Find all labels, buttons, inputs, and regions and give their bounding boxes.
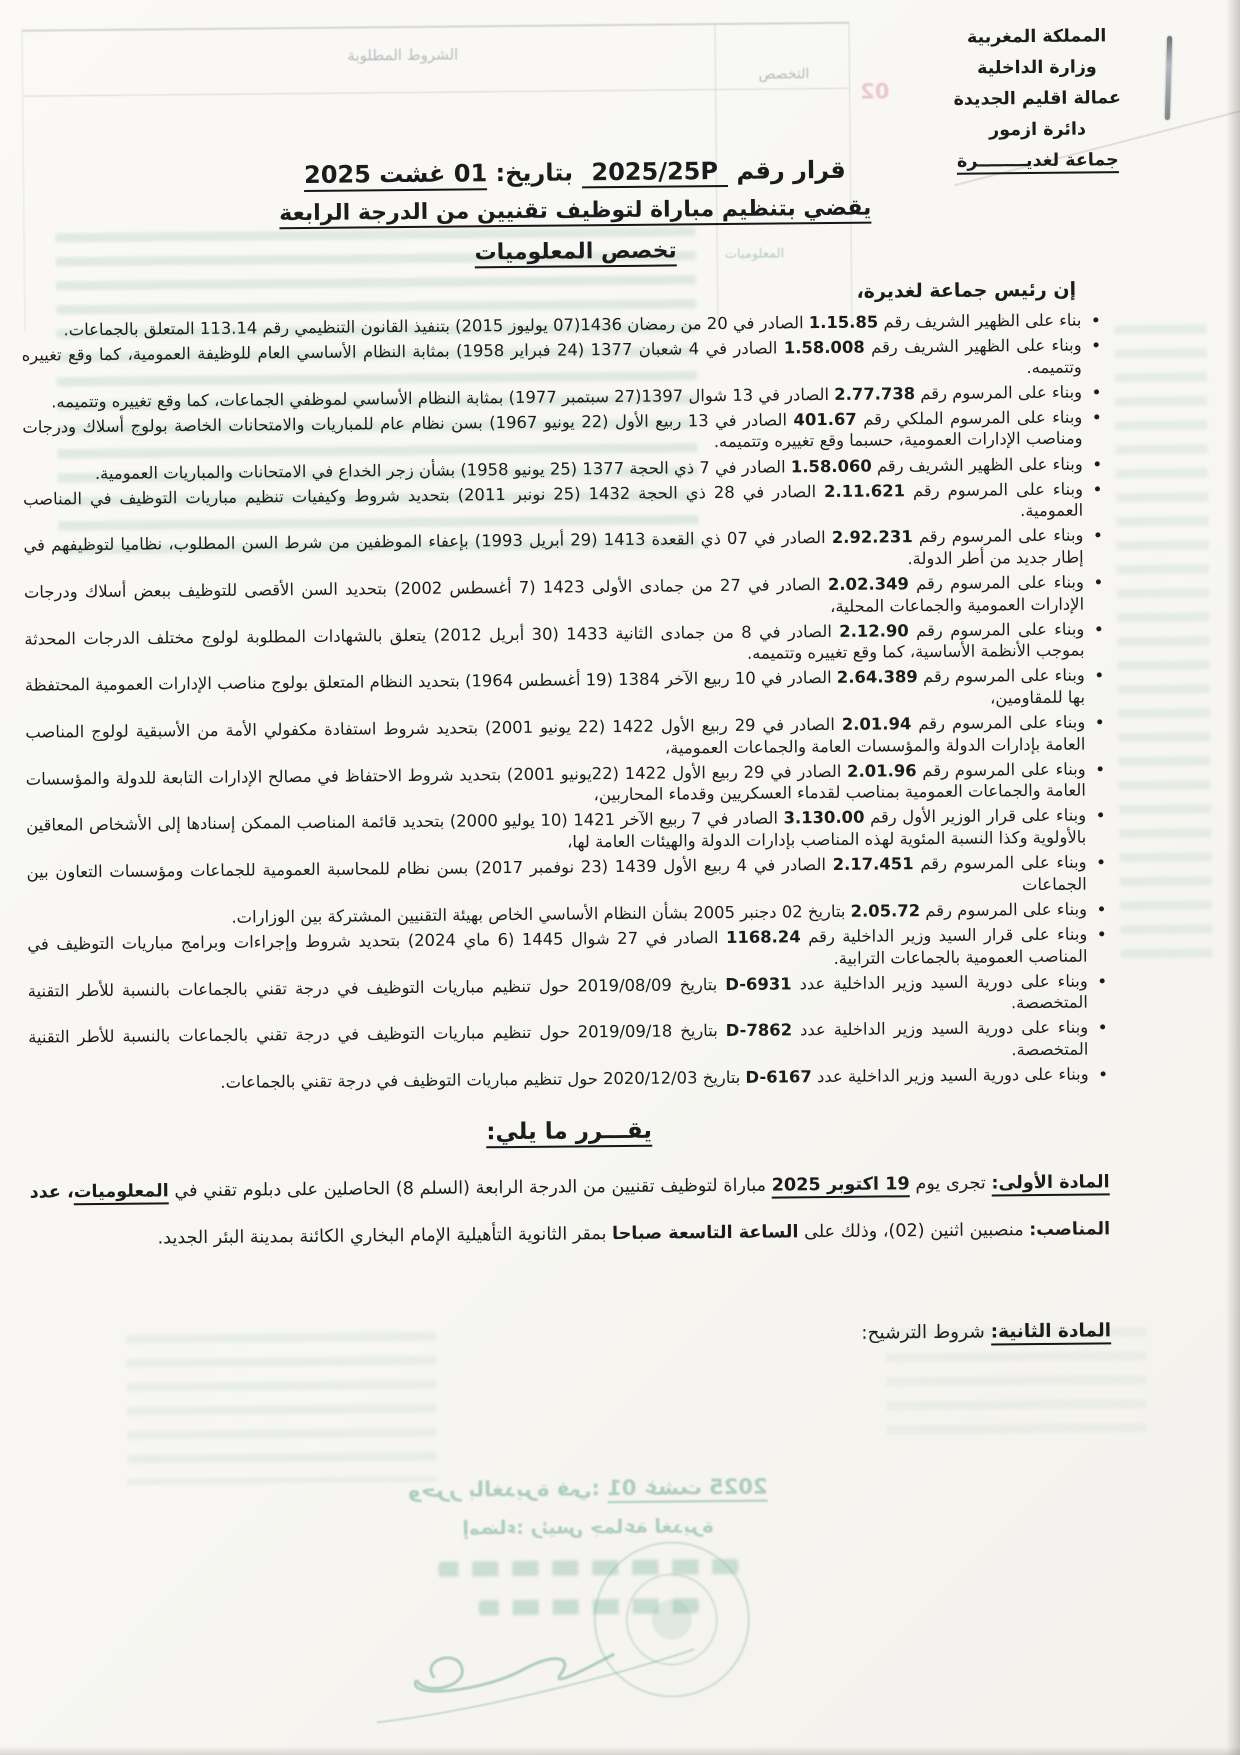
legal-text: الصادر في 13 شوال 1397(27 سبتمبر 1977) ب…	[51, 385, 834, 412]
article-1-text: بمقر الثانوية التأهيلية الإمام البخاري ا…	[157, 1224, 612, 1248]
decree-number: 2025/25P	[581, 157, 728, 188]
decree-title: قرار رقم 2025/25P بتاريخ: 01 غشت 2025 يق…	[253, 155, 898, 267]
decree-body: إن رئيس جماعة لغديرة، بناء على الظهير ال…	[21, 278, 1111, 1364]
letterhead-kingdom: المملكة المغربية	[869, 20, 1203, 54]
decree-ref-number: 2.01.94	[842, 714, 912, 734]
decree-ref-number: 2.12.90	[839, 621, 909, 641]
bleedthrough-signature-squiggle	[364, 1597, 715, 1740]
legal-text: بتاريخ 2020/12/03 حول تنظيم مباريات التو…	[220, 1068, 745, 1092]
exam-time: الساعة التاسعة صباحا	[612, 1222, 799, 1244]
bleedthrough-signature-caption: إمضاء: رئيس جماعة لغديرة	[303, 1514, 873, 1541]
legal-text: وبناء على دورية السيد وزير الداخلية عدد	[792, 1018, 1088, 1040]
legal-text: بتاريخ 02 دجنبر 2005 بشأن النظام الأساسي…	[231, 902, 850, 927]
legal-basis-item: وبناء على دورية السيد وزير الداخلية عدد …	[28, 1017, 1088, 1070]
legal-basis-item: وبناء على المرسوم رقم 2.92.231 الصادر في…	[23, 525, 1083, 578]
decree-number-label: قرار رقم	[728, 156, 846, 185]
legal-text: الصادر في 7 ذي الحجة 1377 (25 يونيو 1958…	[95, 457, 791, 483]
decree-ref-number: D-6931	[725, 974, 792, 994]
legal-basis-item: وبناء على المرسوم رقم 2.11.621 الصادر في…	[23, 478, 1083, 531]
legal-text: وبناء على المرسوم رقم	[909, 619, 1085, 640]
scan-bottom-edge-shadow	[0, 1746, 1240, 1755]
letterhead: المملكة المغربية وزارة الداخلية عمالة اق…	[869, 20, 1204, 178]
bleedthrough-issued-line: وحرر بالغديرة في: 01 غشت 2025	[302, 1474, 872, 1503]
legal-text: وبناء على المرسوم رقم	[905, 479, 1083, 500]
decree-ref-number: 1.15.85	[809, 313, 879, 333]
letterhead-province: عمالة اقليم الجديدة	[870, 82, 1204, 116]
decision-heading: يقـــرر ما يلي:	[29, 1113, 1109, 1149]
article-1-text: تجرى يوم	[910, 1173, 992, 1194]
specialty: المعلوميات	[74, 1181, 169, 1205]
letterhead-commune: جماعة لغديــــــــرة	[871, 144, 1205, 178]
article-1-text: منصبين اثنين (02)، وذلك على	[798, 1220, 1029, 1242]
decree-ref-number: 2.01.96	[847, 761, 917, 781]
legal-text: وبناء على دورية السيد وزير الداخلية عدد	[812, 1065, 1089, 1087]
decree-ref-number: 2.11.621	[824, 481, 905, 501]
exam-date: 19 اكتوبر 2025	[772, 1174, 910, 1198]
decree-date-label: بتاريخ:	[487, 158, 582, 187]
legal-text: وبناء على المرسوم رقم	[920, 899, 1087, 920]
decree-date: 01 غشت 2025	[304, 159, 487, 192]
legal-basis-item: وبناء على المرسوم رقم 2.64.389 الصادر في…	[25, 665, 1085, 718]
legal-text: وبناء على المرسوم رقم	[913, 853, 1086, 874]
legal-text: وبناء على الظهير الشريف رقم	[872, 454, 1083, 475]
bleedthrough-col-specialty: التخصص	[721, 66, 847, 83]
legal-text: الصادر في 20 من رمضان 1436(07 يوليوز 201…	[63, 313, 808, 339]
legal-text: وبناء على دورية السيد وزير الداخلية عدد	[792, 971, 1088, 993]
legal-text: وبناء على قرار الوزير الأول رقم	[864, 806, 1086, 827]
bleedthrough-table-header-rule	[23, 88, 849, 97]
decree-ref-number: 2.02.349	[828, 574, 909, 594]
legal-basis-item: وبناء على قرار السيد وزير الداخلية رقم 1…	[27, 923, 1087, 976]
legal-text: وبناء على الظهير الشريف رقم	[865, 336, 1082, 357]
decree-ref-number: 1.58.060	[791, 456, 872, 476]
article-2-label: المادة الثانية:	[991, 1320, 1112, 1345]
legal-text: وبناء على المرسوم رقم	[915, 382, 1082, 403]
letterhead-ministry: وزارة الداخلية	[870, 51, 1204, 85]
decree-ref-number: 3.130.00	[783, 808, 864, 828]
legal-basis-item: وبناء على المرسوم الملكي رقم 401.67 الصا…	[22, 406, 1082, 459]
legal-text: وبناء على المرسوم الملكي رقم	[857, 407, 1083, 428]
legal-basis-item: وبناء على المرسوم رقم 2.12.90 الصادر في …	[24, 618, 1084, 671]
bleedthrough-issued-date: 01 غشت 2025	[607, 1475, 768, 1504]
legal-text: وبناء على المرسوم رقم	[917, 759, 1086, 780]
legal-basis-item: وبناء على المرسوم رقم 2.02.349 الصادر في…	[24, 572, 1084, 625]
decree-ref-number: 401.67	[793, 410, 856, 430]
decree-ref-number: D-7862	[726, 1021, 793, 1041]
legal-basis-item: وبناء على المرسوم رقم 2.17.451 الصادر في…	[27, 852, 1087, 905]
legal-basis-item: وبناء على المرسوم رقم 2.01.96 الصادر في …	[26, 758, 1086, 811]
legal-basis-item: وبناء على الظهير الشريف رقم 1.58.008 الص…	[22, 335, 1082, 388]
decree-ref-number: 1.58.008	[784, 338, 865, 358]
legal-basis-item: وبناء على قرار الوزير الأول رقم 3.130.00…	[26, 805, 1086, 858]
bleedthrough-signature-block: وحرر بالغديرة في: 01 غشت 2025 إمضاء: رئي…	[302, 1474, 873, 1617]
decree-ref-number: 2.17.451	[833, 854, 914, 874]
decree-ref-number: D-6167	[745, 1067, 812, 1087]
legal-basis-item: وبناء على دورية السيد وزير الداخلية عدد …	[28, 970, 1088, 1023]
legal-text: وبناء على قرار السيد وزير الداخلية رقم	[801, 924, 1088, 946]
article-2-text: شروط الترشيح:	[861, 1321, 991, 1343]
decree-ref-number: 2.64.389	[837, 668, 918, 688]
article-1-text: مباراة لتوظيف تقنيين من الدرجة الرابعة (…	[169, 1175, 772, 1201]
legal-basis-item: وبناء على المرسوم رقم 2.01.94 الصادر في …	[25, 712, 1085, 765]
bleedthrough-text-smudge	[1114, 324, 1212, 965]
legal-text: وبناء على المرسوم رقم	[911, 713, 1085, 734]
decree-ref-number: 2.05.72	[851, 901, 921, 921]
letterhead-district: دائرة ازمور	[870, 113, 1204, 147]
scanned-decree-page: الشروط المطلوبة التخصص المعلوميات 02 وحر…	[0, 0, 1240, 1755]
legal-text: وبناء على المرسوم رقم	[918, 666, 1085, 687]
legal-text: وبناء على المرسوم رقم	[913, 526, 1084, 547]
bleedthrough-issued-pre: وحرر بالغديرة في:	[407, 1476, 607, 1502]
article-1-label: المادة الأولى:	[991, 1172, 1109, 1196]
scan-right-edge-shadow	[1226, 0, 1240, 1755]
scan-rotation-wrapper: الشروط المطلوبة التخصص المعلوميات 02 وحر…	[0, 0, 1240, 1755]
legal-text: وبناء على المرسوم رقم	[909, 573, 1084, 594]
decree-title-line2: يقضي بتنظيم مباراة لتوظيف تقنيين من الدر…	[253, 195, 897, 226]
article-1: المادة الأولى: تجرى يوم 19 اكتوبر 2025 م…	[29, 1159, 1110, 1263]
decree-ref-number: 2.77.738	[834, 384, 915, 404]
decree-title-line1: قرار رقم 2025/25P بتاريخ: 01 غشت 2025	[253, 155, 897, 189]
decree-ref-number: 2.92.231	[832, 528, 913, 548]
legal-basis-list: بناء على الظهير الشريف رقم 1.15.85 الصاد…	[21, 309, 1108, 1095]
legal-text: بناء على الظهير الشريف رقم	[878, 311, 1081, 332]
decree-ref-number: 1168.24	[726, 927, 801, 947]
bleedthrough-col-requirements: الشروط المطلوبة	[193, 44, 613, 66]
